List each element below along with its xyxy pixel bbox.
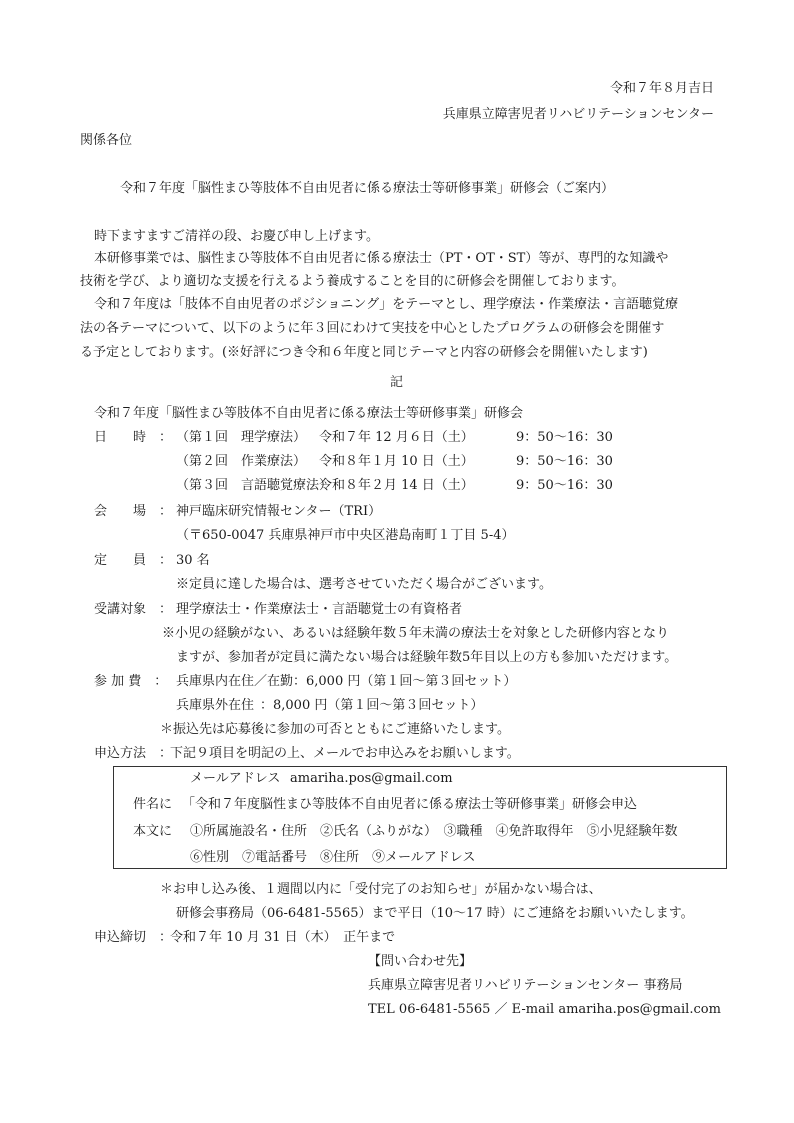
fee-in-prefecture: 兵庫県内在住／在勤：6,000 円（第１回～第３回セット） xyxy=(176,673,516,691)
session-1-date: 令和７年 12 月６日（土） xyxy=(319,429,474,447)
email-label: メールアドレス xyxy=(190,770,280,788)
deadline-value: 令和７年 10 月 31 日（木） 正午まで xyxy=(170,929,395,947)
venue-address: （〒650-0047 兵庫県神戸市中央区港島南町１丁目 5-4） xyxy=(176,527,515,545)
target-note-line-1: ※小児の経験がない、あるいは経験年数５年未満の療法士を対象とした研修内容となり xyxy=(162,625,669,643)
contact-tel-email: TEL 06-6481-5565 ／ E-mail amariha.pos@gm… xyxy=(368,1001,721,1019)
recipient: 関係各位 xyxy=(80,132,132,150)
contact-heading: 【問い合わせ先】 xyxy=(368,953,472,971)
after-note-line-1: ＊お申し込み後、１週間以内に「受付完了のお知らせ」が届かない場合は、 xyxy=(160,881,602,899)
greeting: 時下ますますご清祥の段、お慶び申し上げます。 xyxy=(94,228,379,246)
session-3-round: （第３回 言語聴覚療法） xyxy=(176,477,332,495)
body-items-line-2: ⑥性別 ⑦電話番号 ⑧住所 ⑨メールアドレス xyxy=(190,849,475,867)
body-items-line-1: ①所属施設名・住所 ②氏名（ふりがな） ③職種 ④免許取得年 ⑤小児経験年数 xyxy=(190,823,678,841)
subject-label: 件名に xyxy=(133,796,172,814)
method-label: 申込方法 ： xyxy=(94,745,172,763)
capacity-value: 30 名 xyxy=(176,552,210,570)
subject-value: 「令和７年度脳性まひ等肢体不自由児者に係る療法士等研修事業」研修会申込 xyxy=(182,796,637,814)
venue-name: 神戸臨床研究情報センター（TRI） xyxy=(176,503,381,521)
fee-note: ＊振込先は応募後に参加の可否とともにご連絡いたします。 xyxy=(160,721,510,739)
document-title: 令和７年度「脳性まひ等肢体不自由児者に係る療法士等研修事業」研修会（ご案内） xyxy=(120,180,614,198)
paragraph-2-line-2: 法の各テーマについて、以下のように年３回にわけて実技を中心としたプログラムの研修… xyxy=(80,320,664,338)
paragraph-2-line-1: 令和７年度は「肢体不自由児者のポジショニング」をテーマとし、理学療法・作業療法・… xyxy=(94,296,678,314)
document-date: 令和７年８月吉日 xyxy=(610,80,714,98)
paragraph-1-line-1: 本研修事業では、脳性まひ等肢体不自由児者に係る療法士（PT・OT・ST）等が、専… xyxy=(94,250,668,268)
target-label: 受講対象 ： xyxy=(94,601,172,619)
paragraph-1-line-2: 技術を学び、より適切な支援を行えるよう養成することを目的に研修会を開催しておりま… xyxy=(80,273,624,291)
session-2-date: 令和８年１月 10 日（土） xyxy=(319,453,474,471)
target-note-line-2: ますが、参加者が定員に満たない場合は経験年数5年目以上の方も参加いただけます。 xyxy=(176,649,677,667)
capacity-note: ※定員に達した場合は、選考させていただく場合がございます。 xyxy=(176,576,552,594)
session-2-round: （第２回 作業療法） xyxy=(176,453,306,471)
paragraph-2-line-3: る予定としております。(※好評につき令和６年度と同じテーマと内容の研修会を開催い… xyxy=(80,344,648,362)
datetime-label: 日 時 ： xyxy=(94,429,172,447)
contact-organization: 兵庫県立障害児者リハビリテーションセンター 事務局 xyxy=(368,977,682,995)
capacity-label: 定 員 ： xyxy=(94,552,172,570)
session-1-time: 9：50～16：30 xyxy=(516,429,613,447)
venue-label: 会 場 ： xyxy=(94,503,172,521)
ki-heading: 記 xyxy=(390,374,403,392)
session-3-time: 9：50～16：30 xyxy=(516,477,613,495)
after-note-line-2: 研修会事務局（06-6481-5565）まで平日（10～17 時）にご連絡をお願… xyxy=(176,905,694,923)
sender-organization: 兵庫県立障害児者リハビリテーションセンター xyxy=(443,106,714,124)
fee-label: 参 加 費 ： xyxy=(94,673,167,691)
method-value: 下記９項目を明記の上、メールでお申込みをお願いします。 xyxy=(170,745,520,763)
fee-out-prefecture-value: ：8,000 円（第１回～第３回セット） xyxy=(260,697,483,715)
session-3-date: 令和８年２月 14 日（土） xyxy=(319,477,474,495)
email-address-link[interactable]: amariha.pos@gmail.com xyxy=(290,770,453,788)
fee-out-prefecture-label: 兵庫県外在住 xyxy=(176,697,254,715)
target-value: 理学療法士・作業療法士・言語聴覚士の有資格者 xyxy=(176,601,462,619)
body-label: 本文に xyxy=(133,823,172,841)
deadline-label: 申込締切 ： xyxy=(94,929,172,947)
event-name: 令和７年度「脳性まひ等肢体不自由児者に係る療法士等研修事業」研修会 xyxy=(94,405,523,423)
session-2-time: 9：50～16：30 xyxy=(516,453,613,471)
session-1-round: （第１回 理学療法） xyxy=(176,429,306,447)
